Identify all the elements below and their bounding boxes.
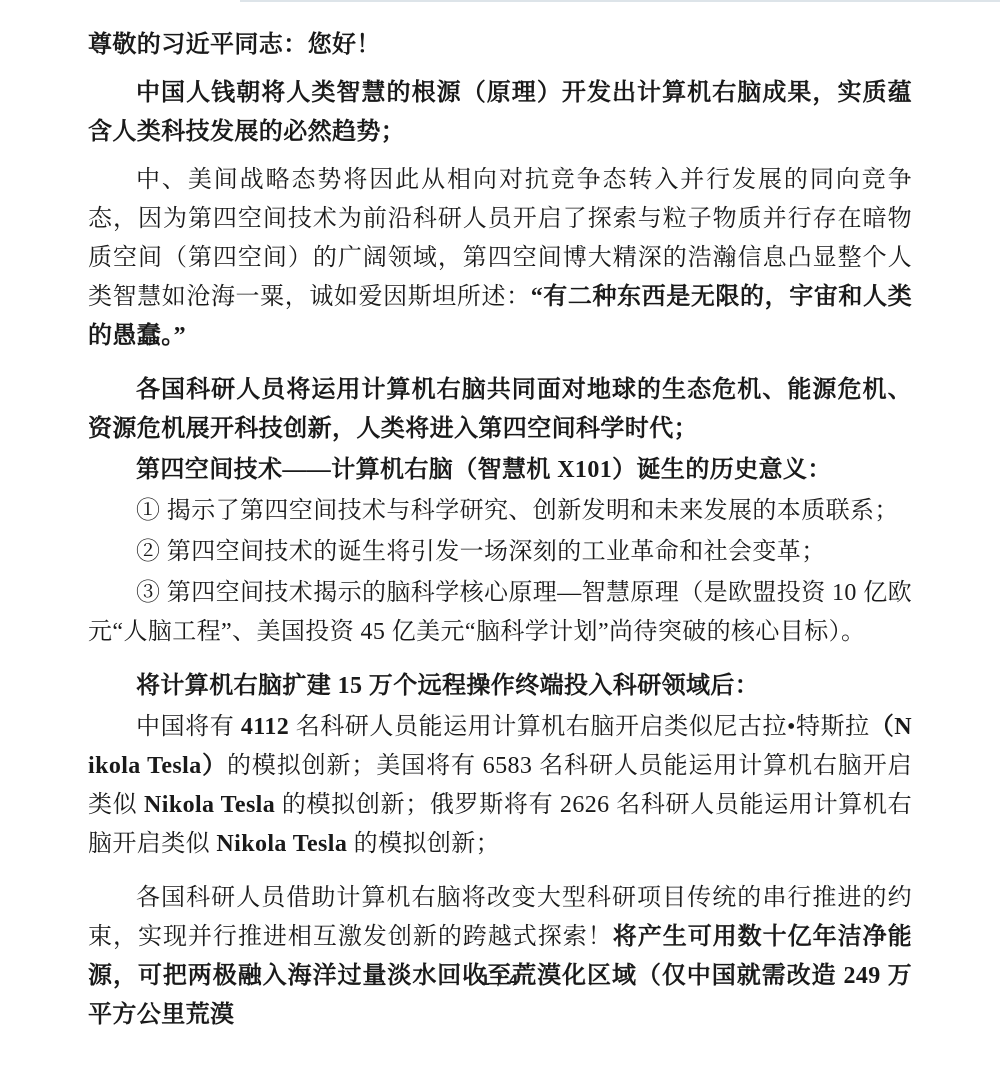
opening-statement: 中国人钱朝将人类智慧的根源（原理）开发出计算机右脑成果，实质蕴含人类科技发展的必… xyxy=(88,74,912,152)
significance-item-2: ② 第四空间技术的诞生将引发一场深刻的工业革命和社会变革； xyxy=(88,533,912,572)
text-run: 尊敬的习近平同志：您好！ xyxy=(88,32,381,58)
text-run: Nikola Tesla xyxy=(216,831,347,857)
tesla-simulation-stats: 中国将有 4112 名科研人员能运用计算机右脑开启类似尼古拉•特斯拉（Nikol… xyxy=(88,708,912,864)
text-run: 的模拟创新； xyxy=(347,831,500,857)
page-indicator: 1 / 4 xyxy=(480,973,519,989)
significance-item-1: ① 揭示了第四空间技术与科学研究、创新发明和未来发展的本质联系； xyxy=(88,492,912,531)
salutation: 尊敬的习近平同志：您好！ xyxy=(88,26,912,65)
significance-item-3: ③ 第四空间技术揭示的脑科学核心原理—智慧原理（是欧盟投资 10 亿欧元“人脑工… xyxy=(88,574,912,652)
text-run: 4112 xyxy=(241,714,289,740)
strategic-outlook: 中、美间战略态势将因此从相向对抗竞争态转入并行发展的同向竞争态，因为第四空间技术… xyxy=(88,161,912,356)
historic-significance-heading: 第四空间技术——计算机右脑（智慧机 X101）诞生的历史意义： xyxy=(88,451,912,490)
document-page: 尊敬的习近平同志：您好！中国人钱朝将人类智慧的根源（原理）开发出计算机右脑成果，… xyxy=(0,0,1000,1066)
expansion-heading: 将计算机右脑扩建 15 万个远程操作终端投入科研领域后： xyxy=(88,667,912,706)
text-run: 第四空间技术——计算机右脑（智慧机 X101）诞生的历史意义： xyxy=(136,457,832,483)
text-run: ② 第四空间技术的诞生将引发一场深刻的工业革命和社会变革； xyxy=(136,539,826,565)
final-exploration: 各国科研人员借助计算机右脑将改变大型科研项目传统的串行推进的约束，实现并行推进相… xyxy=(88,879,912,1035)
text-run: Nikola Tesla xyxy=(144,792,275,818)
text-run: ③ 第四空间技术揭示的脑科学核心原理—智慧原理（是欧盟投资 10 亿欧元“人脑工… xyxy=(88,580,912,645)
text-run: 名科研人员能运用计算机右脑开启类似尼古拉•特斯拉 xyxy=(289,714,870,740)
page-footer: 1 / 4 xyxy=(0,972,1000,990)
text-run: 中国将有 xyxy=(136,714,241,740)
global-research-vision: 各国科研人员将运用计算机右脑共同面对地球的生态危机、能源危机、资源危机展开科技创… xyxy=(88,371,912,449)
scan-artifact-line xyxy=(240,0,1000,2)
letter-body: 尊敬的习近平同志：您好！中国人钱朝将人类智慧的根源（原理）开发出计算机右脑成果，… xyxy=(88,26,912,1035)
text-run: 中国人钱朝将人类智慧的根源（原理）开发出计算机右脑成果，实质蕴含人类科技发展的必… xyxy=(88,80,912,145)
text-run: 将计算机右脑扩建 15 万个远程操作终端投入科研领域后： xyxy=(136,673,759,699)
text-run: ① 揭示了第四空间技术与科学研究、创新发明和未来发展的本质联系； xyxy=(136,498,899,524)
text-run: 各国科研人员将运用计算机右脑共同面对地球的生态危机、能源危机、资源危机展开科技创… xyxy=(88,377,912,442)
